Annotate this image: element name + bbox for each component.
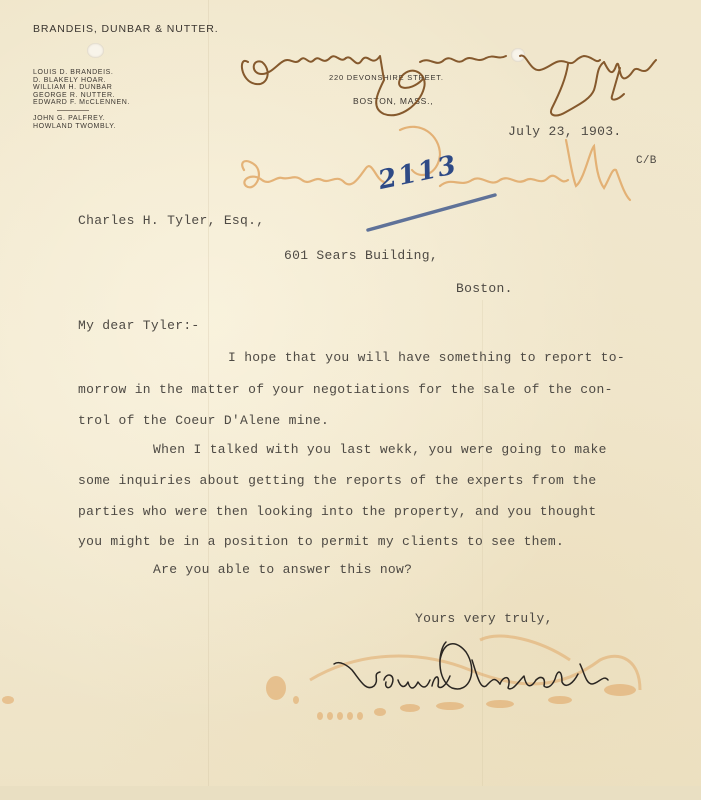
body-line: parties who were then looking into the p…: [78, 504, 596, 519]
recipient-street: 601 Sears Building,: [284, 248, 438, 263]
closing: Yours very truly,: [415, 611, 553, 626]
paper-edge: [0, 786, 701, 800]
partner-name: WILLIAM H. DUNBAR: [33, 84, 130, 92]
associate-name: JOHN G. PALFREY.: [33, 115, 130, 123]
recipient-city: Boston.: [456, 281, 513, 296]
body-line: you might be in a position to permit my …: [78, 534, 564, 549]
letterhead-firm-name: BRANDEIS, DUNBAR & NUTTER.: [33, 23, 219, 35]
body-line: Are you able to answer this now?: [153, 562, 412, 577]
punch-hole: [87, 43, 104, 58]
partner-name: GEORGE R. NUTTER.: [33, 92, 130, 100]
body-line: When I talked with you last wekk, you we…: [153, 442, 607, 457]
letter-date: July 23, 1903.: [508, 124, 621, 139]
partner-name: EDWARD F. McCLENNEN.: [33, 99, 130, 107]
body-line: I hope that you will have something to r…: [228, 350, 625, 365]
typist-initials: C/B: [636, 155, 657, 167]
paper-fold: [208, 0, 209, 800]
partner-name: LOUIS D. BRANDEIS.: [33, 69, 130, 77]
letterhead-street: 220 DEVONSHIRE STREET.: [329, 73, 444, 82]
letterhead-city: BOSTON, MASS.,: [353, 96, 433, 106]
paper-fold: [482, 300, 483, 800]
associate-name: HOWLAND TWOMBLY.: [33, 123, 130, 131]
divider: [57, 110, 89, 111]
body-line: some inquiries about getting the reports…: [78, 473, 596, 488]
salutation: My dear Tyler:-: [78, 318, 200, 333]
letterhead-partners: LOUIS D. BRANDEIS. D. BLAKELY HOAR. WILL…: [33, 69, 130, 130]
recipient-name: Charles H. Tyler, Esq.,: [78, 213, 264, 228]
body-line: trol of the Coeur D'Alene mine.: [78, 413, 329, 428]
partner-name: D. BLAKELY HOAR.: [33, 77, 130, 85]
punch-hole: [511, 48, 525, 62]
body-line: morrow in the matter of your negotiation…: [78, 382, 613, 397]
